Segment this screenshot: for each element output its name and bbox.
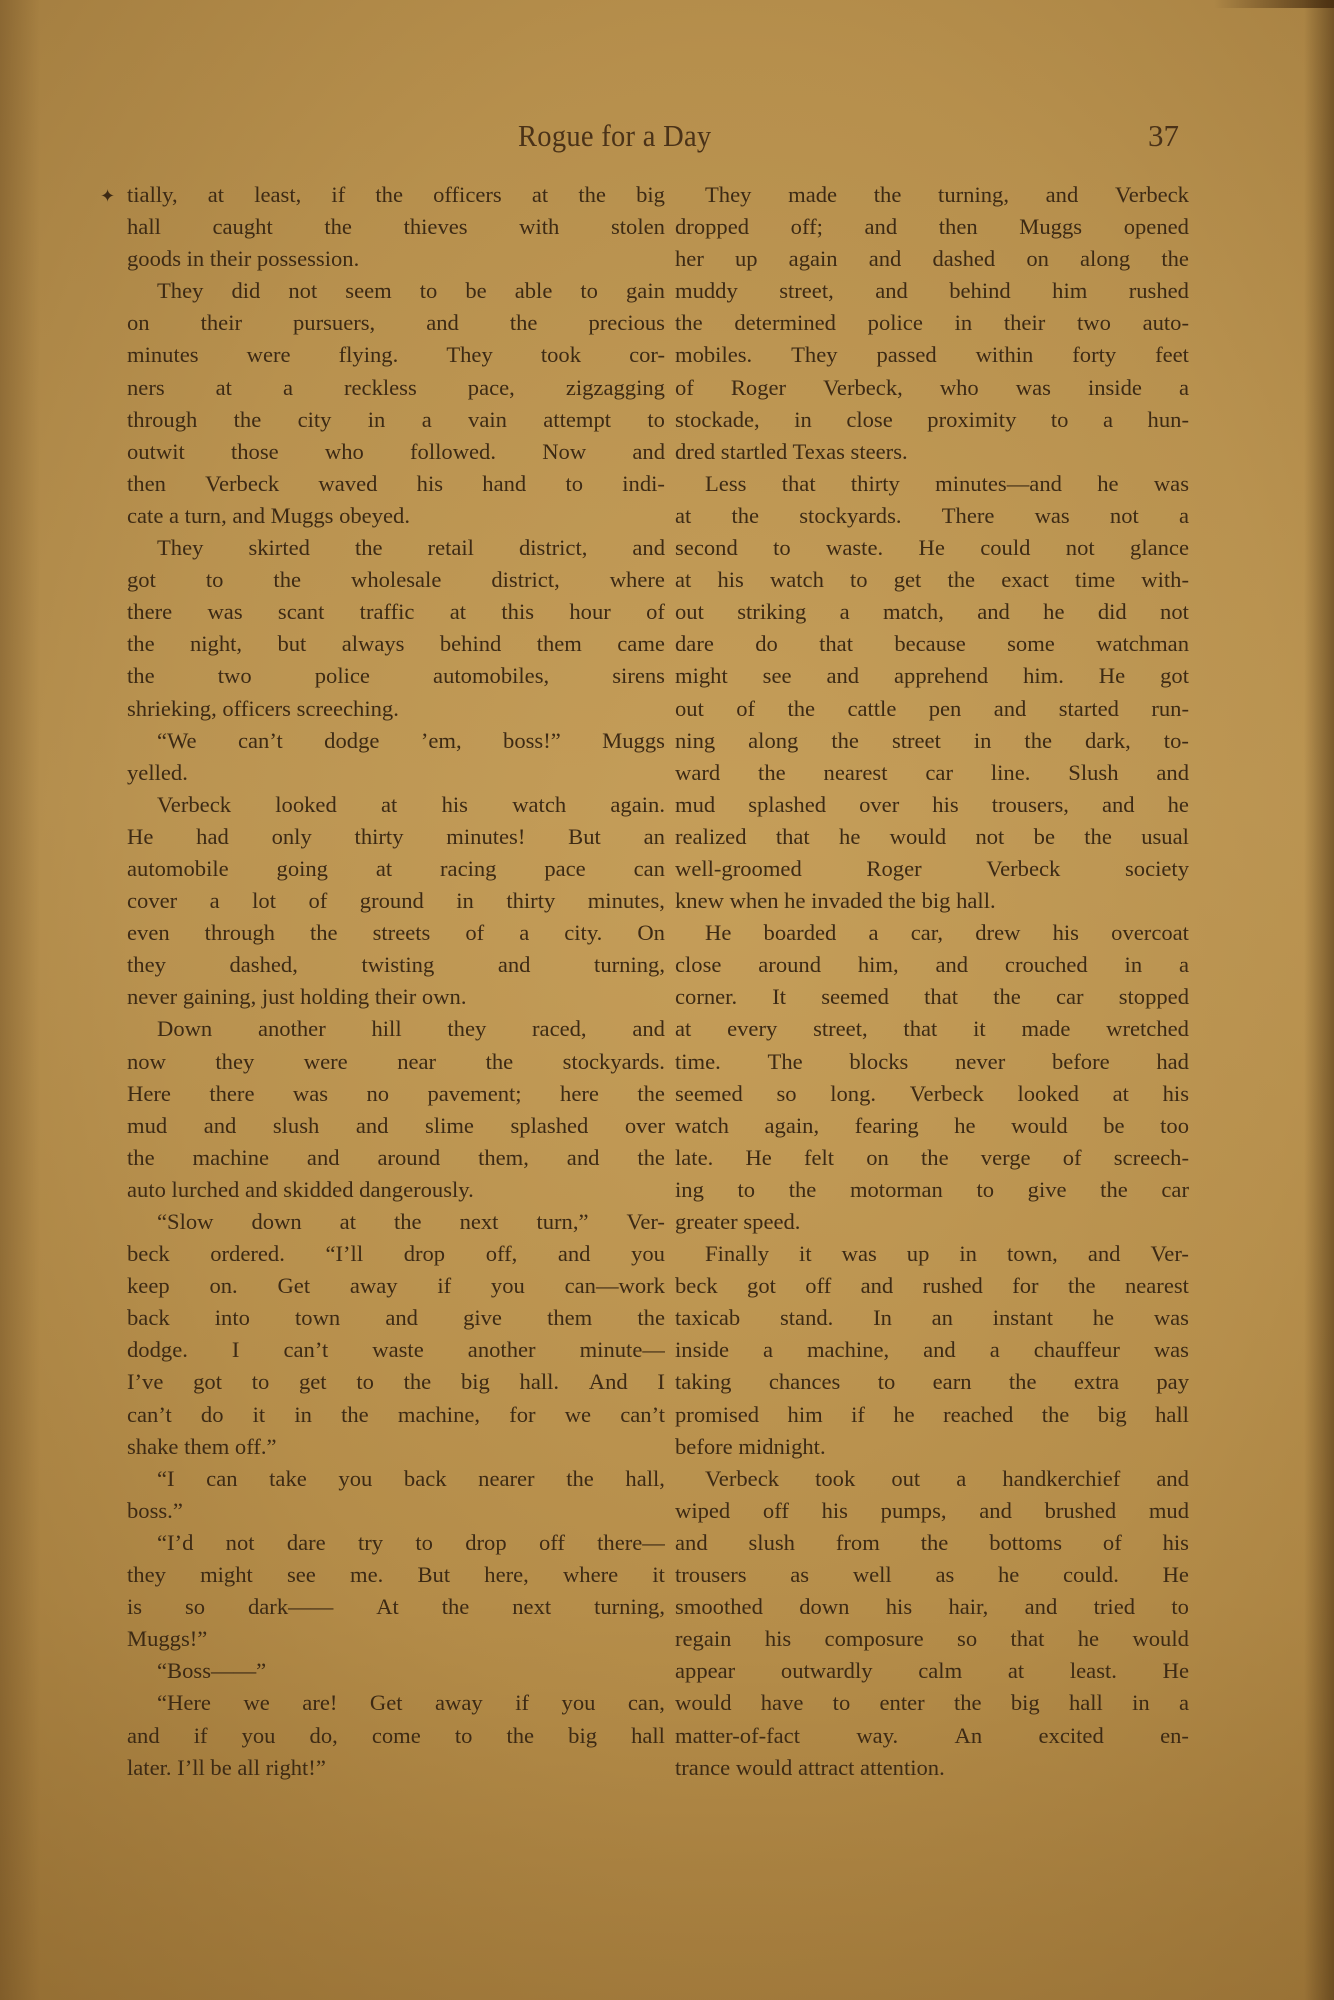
text-line: gottothewholesaledistrict,where: [127, 564, 665, 596]
text-line: Muggs!”: [127, 1623, 665, 1655]
text-column-right: Theymadetheturning,andVerbeckdroppedoff;…: [675, 179, 1189, 1784]
text-line: regainhiscomposuresothathewould: [675, 1623, 1189, 1655]
text-line: Downanotherhilltheyraced,and: [127, 1013, 665, 1045]
text-line: therewasscanttrafficatthishourof: [127, 596, 665, 628]
text-line: ontheirpursuers,andtheprecious: [127, 307, 665, 339]
running-title: Rogue for a Day: [518, 118, 711, 154]
text-line: issodark——Atthenextturning,: [127, 1591, 665, 1623]
text-line: andslushfromthebottomsofhis: [675, 1527, 1189, 1559]
text-line: Lessthatthirtyminutes—andhewas: [675, 468, 1189, 500]
text-line: corner.Itseemedthatthecarstopped: [675, 981, 1189, 1013]
text-line: minuteswereflying.Theytookcor-: [127, 339, 665, 371]
text-line: nersatarecklesspace,zigzagging: [127, 372, 665, 404]
text-line: trance would attract attention.: [675, 1752, 1189, 1784]
text-line: ofRogerVerbeck,whowasinsidea: [675, 372, 1189, 404]
text-line: dodge.Ican’twasteanotherminute—: [127, 1334, 665, 1366]
text-line: keepon.Getawayifyoucan—work: [127, 1270, 665, 1302]
text-line: Heretherewasnopavement;herethe: [127, 1078, 665, 1110]
text-line: Heboardedacar,drewhisovercoat: [675, 917, 1189, 949]
text-line: “Slowdownatthenextturn,”Ver-: [127, 1206, 665, 1238]
text-line: takingchancestoearntheextrapay: [675, 1366, 1189, 1398]
text-line: trousersaswellashecould.He: [675, 1559, 1189, 1591]
text-line: late.Hefeltonthevergeofscreech-: [675, 1142, 1189, 1174]
text-line: auto lurched and skidded dangerously.: [127, 1174, 665, 1206]
text-column-left: tially,atleast,iftheofficersatthebighall…: [127, 179, 665, 1784]
text-line: theymightseeme.Buthere,whereit: [127, 1559, 665, 1591]
text-line: Verbecktookoutahandkerchiefand: [675, 1463, 1189, 1495]
text-line: droppedoff;andthenMuggsopened: [675, 211, 1189, 243]
text-line: daredothatbecausesomewatchman: [675, 628, 1189, 660]
text-line: Theydidnotseemtobeabletogain: [127, 275, 665, 307]
text-line: seemedsolong.Verbecklookedathis: [675, 1078, 1189, 1110]
text-line: time.Theblocksneverbeforehad: [675, 1046, 1189, 1078]
text-line: theydashed,twistingandturning,: [127, 949, 665, 981]
text-line: mudandslushandslimesplashedover: [127, 1110, 665, 1142]
text-line: throughthecityinavainattemptto: [127, 404, 665, 436]
text-line: secondtowaste.Hecouldnotglance: [675, 532, 1189, 564]
text-line: appearoutwardlycalmatleast.He: [675, 1655, 1189, 1687]
text-line: outofthecattlepenandstartedrun-: [675, 693, 1189, 725]
text-line: ningalongthestreetinthedark,to-: [675, 725, 1189, 757]
text-line: hallcaughtthethieveswithstolen: [127, 211, 665, 243]
text-line: Theyskirtedtheretaildistrict,and: [127, 532, 665, 564]
text-line: outwitthosewhofollowed.Nowand: [127, 436, 665, 468]
text-line: atthestockyards.Therewasnota: [675, 500, 1189, 532]
text-line: taxicabstand.Inaninstanthewas: [675, 1302, 1189, 1334]
text-line: tially,atleast,iftheofficersatthebig: [127, 179, 665, 211]
text-line: mobiles.Theypassedwithinfortyfeet: [675, 339, 1189, 371]
text-line: “Hereweare!Getawayifyoucan,: [127, 1687, 665, 1719]
text-line: goods in their possession.: [127, 243, 665, 275]
text-line: later. I’ll be all right!”: [127, 1752, 665, 1784]
page-edge-shadow: [1214, 0, 1334, 8]
text-line: themachineandaroundthem,andthe: [127, 1142, 665, 1174]
text-line: Verbecklookedathiswatchagain.: [127, 789, 665, 821]
text-line: Finallyitwasupintown,andVer-: [675, 1238, 1189, 1270]
text-line: smootheddownhishair,andtriedto: [675, 1591, 1189, 1623]
text-line: shrieking, officers screeching.: [127, 693, 665, 725]
text-line: “Boss——”: [127, 1655, 665, 1687]
book-page: Rogue for a Day 37 ✦ tially,atleast,ifth…: [0, 0, 1334, 2000]
text-line: insideamachine,andachauffeurwas: [675, 1334, 1189, 1366]
text-line: matter-of-factway.Anexciteden-: [675, 1720, 1189, 1752]
text-line: herupagainanddashedonalongthe: [675, 243, 1189, 275]
text-line: cate a turn, and Muggs obeyed.: [127, 500, 665, 532]
text-line: shake them off.”: [127, 1431, 665, 1463]
text-line: beckgotoffandrushedforthenearest: [675, 1270, 1189, 1302]
text-line: thetwopoliceautomobiles,sirens: [127, 660, 665, 692]
margin-mark: ✦: [100, 186, 115, 207]
text-line: wipedoffhispumps,andbrushedmud: [675, 1495, 1189, 1527]
text-line: muddystreet,andbehindhimrushed: [675, 275, 1189, 307]
text-line: “I’dnotdaretrytodropoffthere—: [127, 1527, 665, 1559]
page-number: 37: [1148, 118, 1179, 154]
text-line: realizedthathewouldnotbetheusual: [675, 821, 1189, 853]
text-line: thenVerbeckwavedhishandtoindi-: [127, 468, 665, 500]
text-line: closearoundhim,andcrouchedina: [675, 949, 1189, 981]
text-line: thenight,butalwaysbehindthemcame: [127, 628, 665, 660]
text-line: mightseeandapprehendhim.Hegot: [675, 660, 1189, 692]
text-line: ingtothemotormantogivethecar: [675, 1174, 1189, 1206]
text-line: backintotownandgivethemthe: [127, 1302, 665, 1334]
text-line: before midnight.: [675, 1431, 1189, 1463]
text-line: “Icantakeyoubacknearerthehall,: [127, 1463, 665, 1495]
text-line: athiswatchtogettheexacttimewith-: [675, 564, 1189, 596]
text-line: boss.”: [127, 1495, 665, 1527]
text-line: coveralotofgroundinthirtyminutes,: [127, 885, 665, 917]
text-line: thedeterminedpoliceintheirtwoauto-: [675, 307, 1189, 339]
text-line: wardthenearestcarline.Slushand: [675, 757, 1189, 789]
text-line: eventhroughthestreetsofacity.On: [127, 917, 665, 949]
text-line: well-groomedRogerVerbecksociety: [675, 853, 1189, 885]
text-line: wouldhavetoenterthebighallina: [675, 1687, 1189, 1719]
text-line: watchagain,fearinghewouldbetoo: [675, 1110, 1189, 1142]
text-line: andifyoudo,cometothebighall: [127, 1720, 665, 1752]
text-line: “Wecan’tdodge’em,boss!”Muggs: [127, 725, 665, 757]
text-line: beckordered.“I’lldropoff,andyou: [127, 1238, 665, 1270]
text-line: stockade,incloseproximitytoahun-: [675, 404, 1189, 436]
text-line: mudsplashedoverhistrousers,andhe: [675, 789, 1189, 821]
text-line: never gaining, just holding their own.: [127, 981, 665, 1013]
text-line: ateverystreet,thatitmadewretched: [675, 1013, 1189, 1045]
text-line: promisedhimifhereachedthebighall: [675, 1399, 1189, 1431]
text-line: outstrikingamatch,andhedidnot: [675, 596, 1189, 628]
text-line: Theymadetheturning,andVerbeck: [675, 179, 1189, 211]
text-line: I’vegottogettothebighall.AndI: [127, 1366, 665, 1398]
text-line: can’tdoitinthemachine,forwecan’t: [127, 1399, 665, 1431]
text-line: knew when he invaded the big hall.: [675, 885, 1189, 917]
text-line: nowtheywerenearthestockyards.: [127, 1046, 665, 1078]
text-line: dred startled Texas steers.: [675, 436, 1189, 468]
text-line: automobilegoingatracingpacecan: [127, 853, 665, 885]
text-line: greater speed.: [675, 1206, 1189, 1238]
text-line: Hehadonlythirtyminutes!Butan: [127, 821, 665, 853]
text-line: yelled.: [127, 757, 665, 789]
